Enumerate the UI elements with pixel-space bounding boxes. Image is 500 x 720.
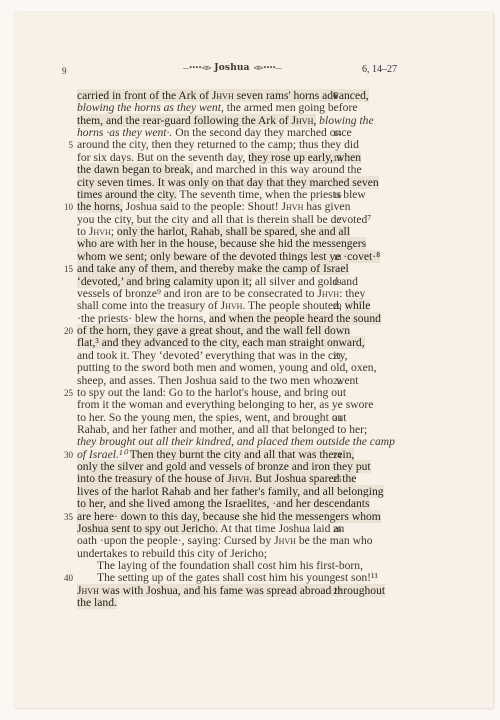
line-number: 30 bbox=[55, 449, 73, 461]
text-segment: The laying of the foundation shall cost … bbox=[97, 559, 363, 572]
line-text: the dawn began to break, and marched in … bbox=[77, 164, 330, 176]
highlighted-passage: only the silver and gold and vessels of … bbox=[77, 460, 371, 473]
text-segment: of Israel.¹⁰ bbox=[77, 448, 127, 461]
text-segment: horns ·as they went·. bbox=[77, 126, 172, 139]
text-segment: ·the priests· blew the horns, bbox=[77, 312, 209, 325]
text-segment: Jhvh bbox=[317, 287, 339, 300]
running-title: —••••⊲⊳ Joshua ⊲⊳••••— bbox=[176, 63, 288, 73]
running-title-text: Joshua bbox=[214, 63, 249, 73]
text-line: into the treasury of the house of Jhvh. … bbox=[77, 473, 330, 485]
chapter-verse-range: 6, 14–27 bbox=[362, 64, 397, 75]
text-line: who are with her in the house, because s… bbox=[77, 238, 330, 250]
line-number: 40 bbox=[55, 572, 73, 584]
highlighted-passage: carried in front of the Ark of bbox=[77, 89, 212, 102]
text-segment: oath ·upon the people·, saying: Cursed b… bbox=[77, 534, 274, 547]
text-line: blowing the horns as they went, the arme… bbox=[77, 102, 330, 114]
text-segment: : they bbox=[339, 287, 365, 300]
text-line: to her, and she lived among the Israelit… bbox=[77, 498, 330, 510]
highlighted-passage: and take any of them, and thereby make t… bbox=[77, 262, 349, 275]
line-number: 5 bbox=[55, 139, 73, 151]
highlighted-passage: lives of the harlot Rahab and her father… bbox=[77, 485, 384, 498]
text-segment: . The people shouted, bbox=[242, 299, 344, 312]
text-segment: Joshua said to the people: Shout! bbox=[123, 200, 282, 213]
highlighted-passage: them, and the rear-guard following the A… bbox=[77, 114, 292, 127]
highlighted-passage: was with Joshua, and his fame was spread… bbox=[99, 584, 385, 597]
text-line: the land. bbox=[77, 597, 330, 609]
highlighted-passage: they rose up early, when bbox=[248, 151, 361, 164]
highlighted-passage: of the horn, they gave a great shout, an… bbox=[77, 324, 350, 337]
highlighted-passage: while bbox=[345, 299, 371, 312]
page-number: 9 bbox=[62, 66, 67, 76]
text-segment: Jhvh bbox=[89, 225, 111, 238]
highlighted-passage: Jhvh bbox=[212, 89, 234, 102]
highlighted-passage: are here· down to this day, because she … bbox=[77, 510, 381, 523]
text-segment: At that time Joshua laid an bbox=[218, 522, 344, 535]
text-segment: vessels of bronze⁹ and iron are to be co… bbox=[77, 287, 317, 300]
text-line: the dawn began to break, and marched in … bbox=[77, 164, 330, 176]
line-text: to her, and she lived among the Israelit… bbox=[77, 498, 330, 510]
text-segment: sheep, and asses. Then Joshua said to th… bbox=[77, 374, 359, 387]
text-segment: the armed men going before bbox=[224, 101, 358, 114]
verse-number: 25 bbox=[333, 473, 342, 485]
ornament-left-icon: —••••⊲⊳ bbox=[183, 64, 211, 72]
highlighted-passage: into the treasury of the house of bbox=[77, 472, 227, 485]
text-segment: ; bbox=[111, 225, 117, 238]
highlighted-passage: Jhvh bbox=[292, 114, 314, 127]
highlighted-passage: to her, and she lived among the Israelit… bbox=[77, 497, 370, 510]
ornament-right-icon: ⊲⊳••••— bbox=[253, 64, 281, 72]
highlighted-passage: ‘devoted,’ and bring calamity upon it; bbox=[77, 275, 252, 288]
line-text: The setting up of the gates shall cost h… bbox=[77, 572, 330, 584]
text-segment: On the second day they marched once bbox=[172, 126, 351, 139]
highlighted-passage: Jhvh bbox=[227, 472, 249, 485]
line-number: 25 bbox=[55, 387, 73, 399]
verse-number: 27 bbox=[333, 585, 342, 597]
text-segment: blowing the horns as they went, bbox=[77, 101, 224, 114]
text-segment: you the city, but the city and all that … bbox=[77, 213, 371, 226]
text-segment: shall come into the treasury of bbox=[77, 299, 221, 312]
line-text: blowing the horns as they went, the arme… bbox=[77, 102, 330, 114]
text-segment: to spy out the land: Go to the harlot's … bbox=[77, 386, 346, 399]
text-segment: all silver and gold and bbox=[252, 275, 358, 288]
text-segment: Rahab, and her father and mother, and al… bbox=[77, 423, 367, 436]
text-segment: to bbox=[77, 225, 89, 238]
highlighted-passage: times around the city. bbox=[77, 188, 177, 201]
verse-number: 20 bbox=[333, 300, 342, 312]
text-segment: Jhvh bbox=[274, 534, 296, 547]
text-segment: Jhvh bbox=[221, 299, 243, 312]
line-number: 15 bbox=[55, 263, 73, 275]
line-text: who are with her in the house, because s… bbox=[77, 238, 330, 250]
highlighted-passage: Jhvh bbox=[77, 584, 99, 597]
text-segment: from it the woman and everything belongi… bbox=[77, 398, 373, 411]
highlighted-passage: the dawn began to break, bbox=[77, 163, 193, 176]
text-segment: Jhvh bbox=[282, 200, 304, 213]
text-segment: The setting up of the gates shall cost h… bbox=[97, 571, 378, 584]
highlighted-passage: and when the people heard the sound bbox=[209, 312, 381, 325]
line-text: into the treasury of the house of Jhvh. … bbox=[77, 473, 330, 485]
highlighted-passage: who are with her in the house, because s… bbox=[77, 237, 366, 250]
highlighted-passage: only the harlot, Rahab, shall be spared,… bbox=[117, 225, 350, 238]
text-segment: putting to the sword both men and women,… bbox=[77, 361, 376, 374]
line-number: 20 bbox=[55, 325, 73, 337]
line-number: 10 bbox=[55, 201, 73, 213]
text-line: The setting up of the gates shall cost h… bbox=[77, 572, 330, 584]
text-segment: they brought out all their kindred, and … bbox=[77, 435, 395, 448]
highlighted-passage: the horns, bbox=[77, 200, 123, 213]
text-segment: for six days. But on the seventh day, bbox=[77, 151, 248, 164]
text-segment: be the man who bbox=[296, 534, 373, 547]
highlighted-passage: city seven times. It was only on that da… bbox=[77, 176, 379, 189]
text-segment: around the city, then they returned to t… bbox=[77, 138, 359, 151]
line-text: the land. bbox=[77, 597, 330, 609]
highlighted-passage: the land. bbox=[77, 596, 117, 609]
highlighted-passage: flat,³ and they advanced to the city, ea… bbox=[77, 336, 365, 349]
text-segment: undertakes to rebuild this city of Jeric… bbox=[77, 547, 267, 560]
text-segment: and took it. They ‘devoted’ everything t… bbox=[77, 349, 348, 362]
text-segment: has given bbox=[303, 200, 350, 213]
line-number: 35 bbox=[55, 511, 73, 523]
highlighted-passage: seven rams' horns advanced, bbox=[234, 89, 369, 102]
highlighted-passage: Joshua sent to spy out Jericho. bbox=[77, 522, 218, 535]
text-segment: blowing the bbox=[316, 114, 373, 127]
text-segment: to her. So the young men, the spies, wen… bbox=[77, 411, 347, 424]
highlighted-passage: Then they burnt the city and all that wa… bbox=[130, 448, 355, 461]
text-segment: and marched in this way around the bbox=[193, 163, 361, 176]
